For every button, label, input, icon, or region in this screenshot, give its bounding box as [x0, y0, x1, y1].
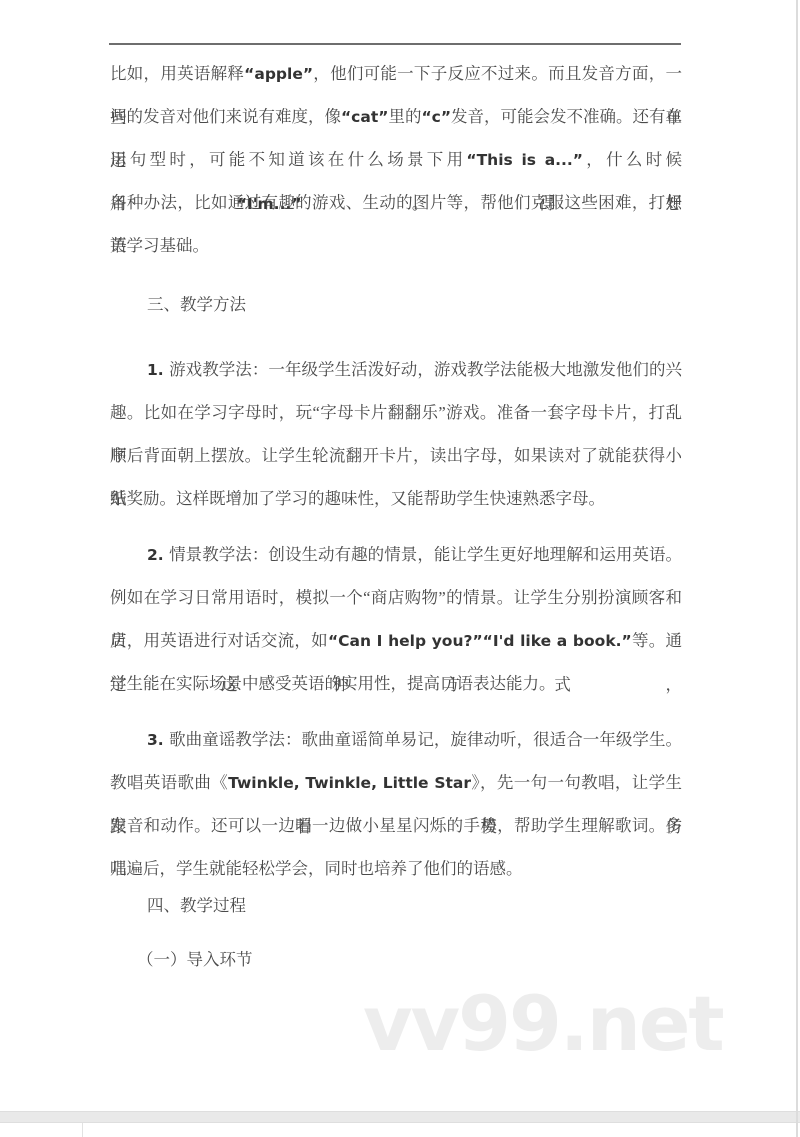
text-segment: 用句型时，可能不知道该在什么场景下用 — [110, 150, 466, 169]
text-segment-bold: 2. — [147, 546, 169, 564]
next-page-left-edge — [82, 1123, 83, 1137]
text-segment-bold: “apple” — [244, 65, 313, 83]
text-segment: 学生能在实际场景中感受英语的实用性，提高口语表达能力。 — [110, 674, 556, 693]
text-segment-bold: “This is a...” — [466, 151, 583, 169]
text-segment: 语学习基础。 — [110, 236, 209, 255]
document-line: 语学习基础。 — [110, 224, 682, 267]
subsection-heading: （一）导入环节 — [110, 938, 682, 981]
text-segment: 词的发音对他们来说有难度，像 — [110, 107, 341, 126]
section-heading: 四、教学过程 — [110, 884, 682, 927]
text-segment: 教唱英语歌曲《 — [110, 773, 228, 792]
text-segment: 里的 — [388, 107, 421, 126]
text-segment: 比如，用英语解释 — [110, 64, 244, 83]
document-line: 1. 游戏教学法：一年级学生活泼好动，游戏教学法能极大地激发他们的兴 — [110, 348, 682, 392]
text-segment: 四、教学过程 — [147, 896, 246, 915]
text-segment: 情景教学法：创设生动有趣的情景，能让学生更好地理解和运用英语。 — [169, 545, 682, 564]
document-page: 比如，用英语解释“apple”，他们可能一下子反应不过来。而且发音方面，一些单词… — [0, 0, 800, 1137]
text-segment-bold: “cat” — [341, 108, 388, 126]
top-rule — [109, 43, 681, 45]
text-segment: 纸奖励。这样既增加了学习的趣味性，又能帮助学生快速熟悉字母。 — [110, 489, 605, 508]
page-right-edge — [796, 0, 798, 1137]
document-line: 3. 歌曲童谣教学法：歌曲童谣简单易记，旋律动听，很适合一年级学生。 — [110, 718, 682, 762]
text-segment: （一）导入环节 — [137, 950, 253, 969]
section-heading: 三、教学方法 — [110, 283, 682, 326]
text-segment: 三、教学方法 — [147, 295, 246, 314]
text-segment: 员，用英语进行对话交流，如 — [110, 631, 328, 650]
document-line: 学生能在实际场景中感受英语的实用性，提高口语表达能力。 — [110, 662, 682, 705]
text-segment-bold: 1. — [147, 361, 169, 379]
text-segment-bold: “Can I help you?”“I'd like a book.” — [328, 632, 632, 650]
text-segment-bold: “c” — [421, 108, 451, 126]
text-segment-bold: 3. — [147, 731, 169, 749]
page-gap-band — [0, 1111, 800, 1123]
text-segment-bold: Twinkle, Twinkle, Little Star — [228, 774, 471, 792]
text-segment: 歌曲童谣教学法：歌曲童谣简单易记，旋律动听，很适合一年级学生。 — [169, 730, 682, 749]
text-segment: 游戏教学法：一年级学生活泼好动，游戏教学法能极大地激发他们的兴 — [169, 360, 682, 379]
document-line: 纸奖励。这样既增加了学习的趣味性，又能帮助学生快速熟悉字母。 — [110, 477, 682, 520]
document-line: 2. 情景教学法：创设生动有趣的情景，能让学生更好地理解和运用英语。 — [110, 533, 682, 577]
watermark: vv99.net — [363, 986, 723, 1062]
text-segment: 几遍后，学生就能轻松学会，同时也培养了他们的语感。 — [110, 859, 523, 878]
